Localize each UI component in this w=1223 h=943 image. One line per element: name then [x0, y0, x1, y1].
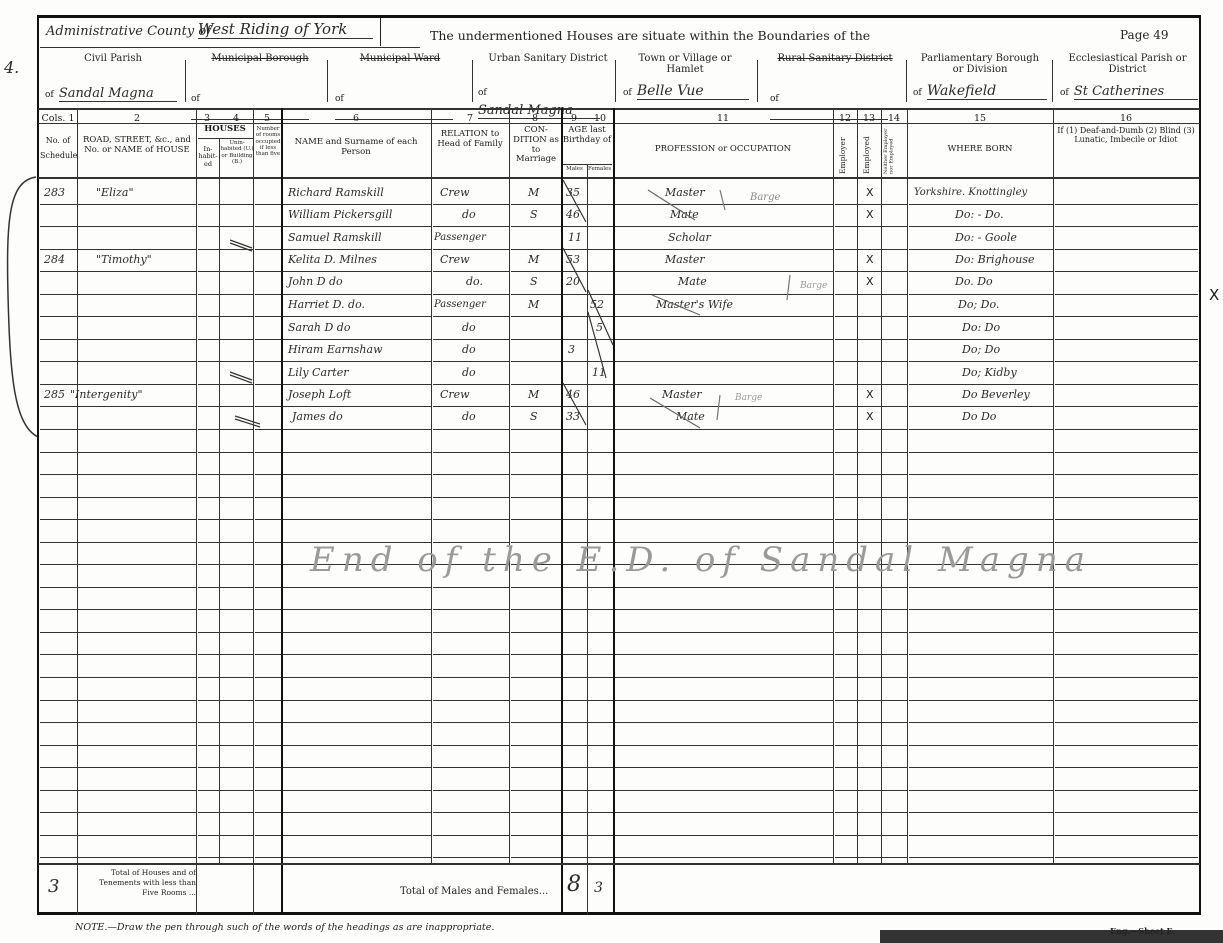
persons-total-label: Total of Males and Females...	[400, 886, 548, 897]
margin-x-mark: X	[1209, 286, 1219, 304]
females-total: 3	[594, 880, 603, 896]
footer-note: NOTE.—Draw the pen through such of the w…	[75, 922, 494, 933]
next-sheet-label: Eng.—Sheet E.	[1110, 926, 1175, 936]
census-page: 4. Administrative County of West Riding …	[0, 0, 1223, 943]
males-total: 8	[567, 872, 581, 897]
houses-total-value: 3	[48, 876, 59, 897]
houses-total-label: Total of Houses and of Tenements with le…	[84, 868, 196, 897]
end-district-note: End of the E.D. of Sandal Magna	[310, 540, 1092, 580]
pen-marks-icon	[0, 0, 1223, 943]
